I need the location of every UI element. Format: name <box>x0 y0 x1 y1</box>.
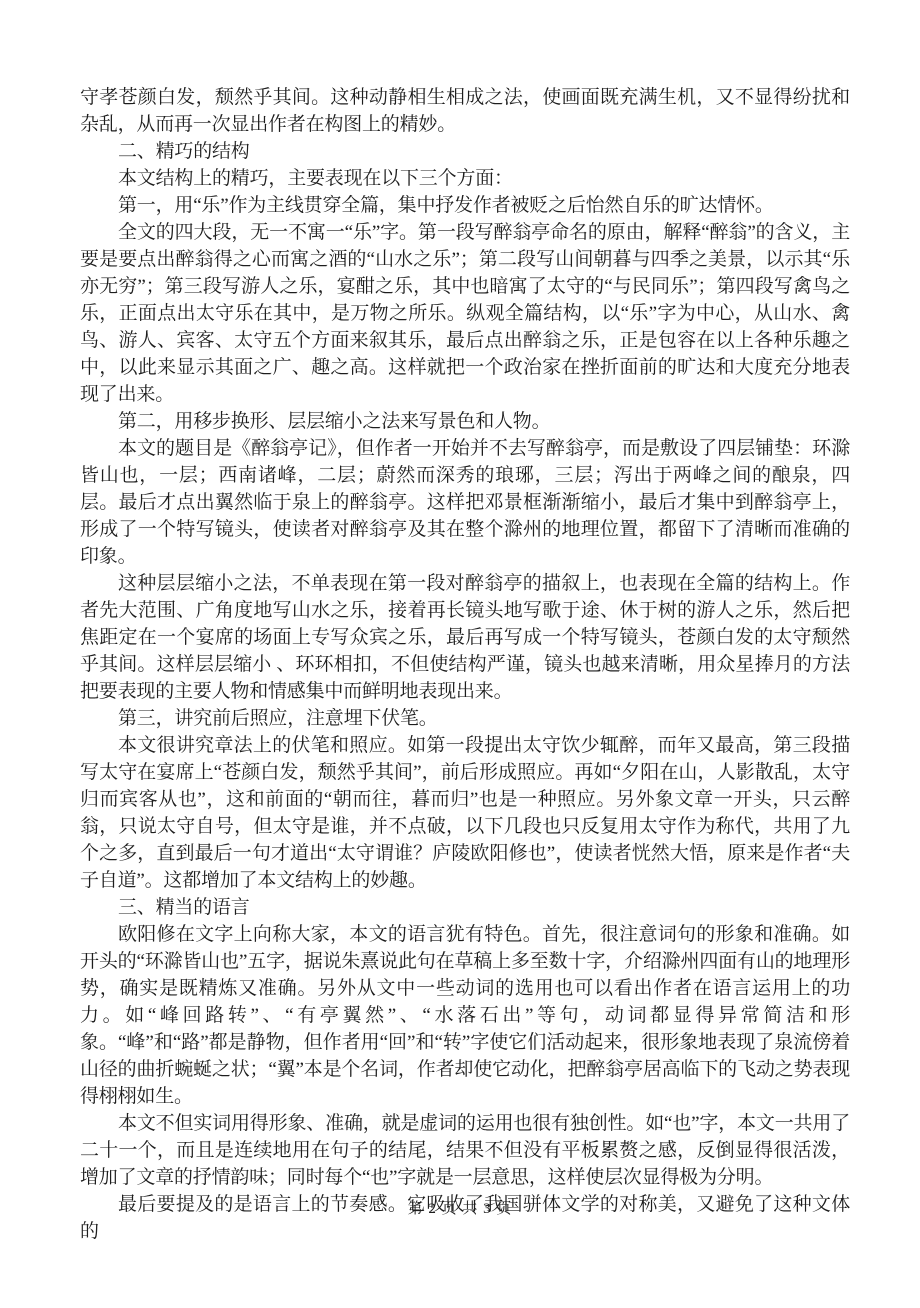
page-number-label: 第 2 页 共 3 页 <box>408 1201 513 1217</box>
paragraph: 第二，用移步换形、层层缩小之法来写景色和人物。 <box>80 408 850 435</box>
paragraph: 本文的题目是《醉翁亭记》，但作者一开始并不去写醉翁亭，而是敷设了四层铺垫：环滁皆… <box>80 435 850 570</box>
paragraph: 欧阳修在文字上向称大家，本文的语言犹有特色。首先，很注意词句的形象和准确。如开头… <box>80 921 850 1110</box>
paragraph: 本文结构上的精巧，主要表现在以下三个方面： <box>80 165 850 192</box>
document-page: 守孝苍颜白发，颓然乎其间。这种动静相生相成之法，使画面既充满生机，又不显得纷扰和… <box>0 0 920 1308</box>
paragraph: 第一，用“乐”作为主线贯穿全篇，集中抒发作者被贬之后怡然自乐的旷达情怀。 <box>80 192 850 219</box>
paragraph: 这种层层缩小之法，不单表现在第一段对醉翁亭的描叙上，也表现在全篇的结构上。作者先… <box>80 570 850 705</box>
document-body: 守孝苍颜白发，颓然乎其间。这种动静相生相成之法，使画面既充满生机，又不显得纷扰和… <box>80 84 850 1245</box>
paragraph: 全文的四大段，无一不寓一“乐”字。第一段写醉翁亭命名的原由，解释“醉翁”的含义，… <box>80 219 850 408</box>
paragraph: 本文很讲究章法上的伏笔和照应。如第一段提出太守饮少辄醉，而年又最高，第三段描写太… <box>80 732 850 894</box>
page-footer: 第 2 页 共 3 页 <box>0 1197 920 1218</box>
paragraph: 本文不但实词用得形象、准确，就是虚词的运用也很有独创性。如“也”字，本文一共用了… <box>80 1110 850 1191</box>
section-heading: 二、精巧的结构 <box>80 138 850 165</box>
paragraph: 守孝苍颜白发，颓然乎其间。这种动静相生相成之法，使画面既充满生机，又不显得纷扰和… <box>80 84 850 138</box>
section-heading: 三、精当的语言 <box>80 894 850 921</box>
paragraph: 第三，讲究前后照应，注意埋下伏笔。 <box>80 705 850 732</box>
